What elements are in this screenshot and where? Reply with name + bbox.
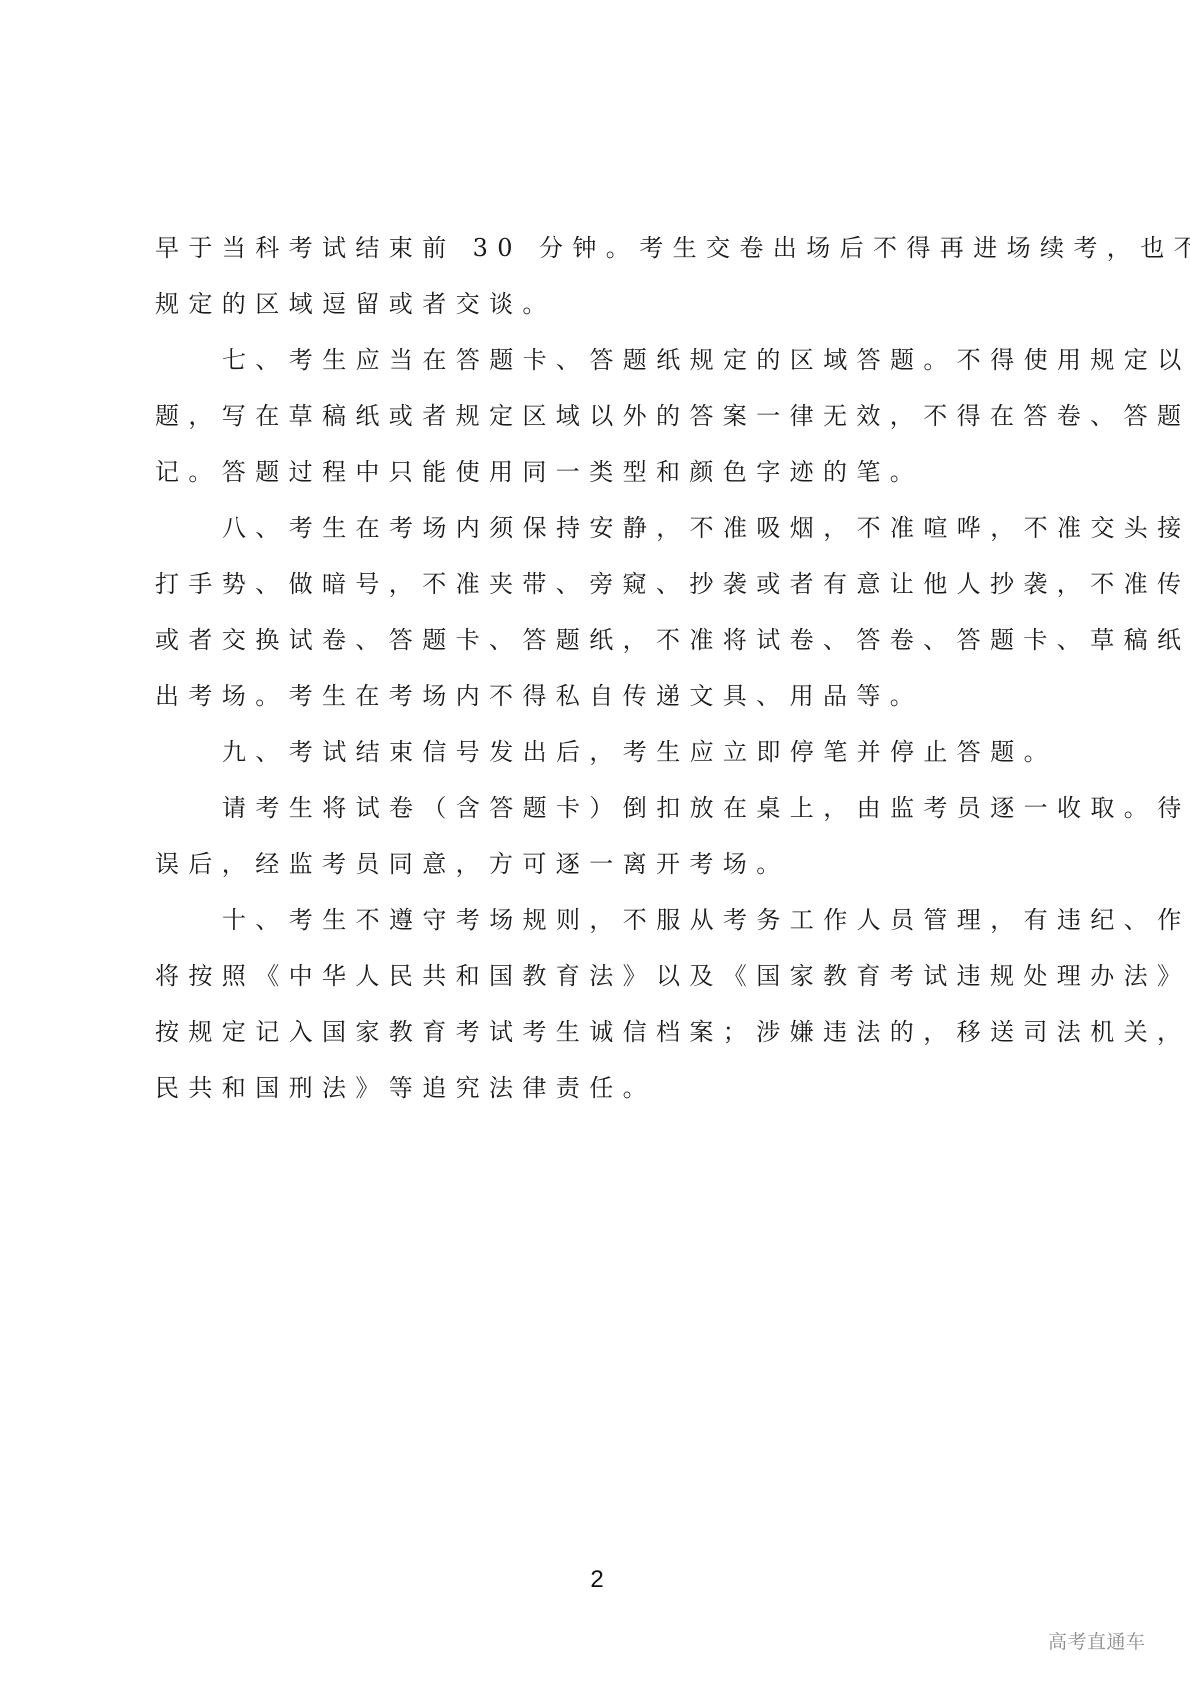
text-line: 将按照《中华人民共和国教育法》以及《国家教育考试违规处理办法》进行处理，并 — [155, 948, 1039, 1004]
paragraph-continuation: 早于当科考试结束前 30 分钟。考生交卷出场后不得再进场续考，也不得在考试机构 … — [155, 220, 1039, 332]
paragraph-rule-9: 九、考试结束信号发出后，考生应立即停笔并停止答题。 — [155, 724, 1039, 780]
text-line: 误后，经监考员同意，方可逐一离开考场。 — [155, 836, 1039, 892]
text-line: 打手势、做暗号，不准夹带、旁窥、抄袭或者有意让他人抄袭，不准传抄试题、答案 — [155, 556, 1039, 612]
paragraph-rule-9-cont: 请考生将试卷（含答题卡）倒扣放在桌上，由监考员逐一收取。待监考员核对无 误后，经… — [155, 780, 1039, 892]
text-line: 八、考生在考场内须保持安静，不准吸烟，不准喧哗，不准交头接耳、左顾右盼、 — [155, 500, 1039, 556]
text-line: 早于当科考试结束前 30 分钟。考生交卷出场后不得再进场续考，也不得在考试机构 — [155, 220, 1039, 276]
page-number: 2 — [0, 1564, 1190, 1596]
document-body: 早于当科考试结束前 30 分钟。考生交卷出场后不得再进场续考，也不得在考试机构 … — [155, 220, 1039, 1116]
text-line: 规定的区域逗留或者交谈。 — [155, 276, 1039, 332]
document-page: 早于当科考试结束前 30 分钟。考生交卷出场后不得再进场续考，也不得在考试机构 … — [0, 0, 1190, 1683]
text-line: 或者交换试卷、答题卡、答题纸，不准将试卷、答卷、答题卡、草稿纸故意损毁或带 — [155, 612, 1039, 668]
text-line: 题，写在草稿纸或者规定区域以外的答案一律无效，不得在答卷、答题卡上做任何标 — [155, 388, 1039, 444]
text-line: 十、考生不遵守考场规则，不服从考务工作人员管理，有违纪、作弊等行为的， — [155, 892, 1039, 948]
text-line: 九、考试结束信号发出后，考生应立即停笔并停止答题。 — [155, 724, 1039, 780]
text-line: 记。答题过程中只能使用同一类型和颜色字迹的笔。 — [155, 444, 1039, 500]
text-line: 七、考生应当在答题卡、答题纸规定的区域答题。不得使用规定以外的笔和纸答 — [155, 332, 1039, 388]
text-line: 请考生将试卷（含答题卡）倒扣放在桌上，由监考员逐一收取。待监考员核对无 — [155, 780, 1039, 836]
paragraph-rule-10: 十、考生不遵守考场规则，不服从考务工作人员管理，有违纪、作弊等行为的， 将按照《… — [155, 892, 1039, 1116]
text-line: 出考场。考生在考场内不得私自传递文具、用品等。 — [155, 668, 1039, 724]
text-line: 按规定记入国家教育考试考生诚信档案；涉嫌违法的，移送司法机关，依照《中华人 — [155, 1004, 1039, 1060]
text-line: 民共和国刑法》等追究法律责任。 — [155, 1060, 1039, 1116]
watermark-text: 高考直通车 — [1048, 1628, 1146, 1656]
paragraph-rule-7: 七、考生应当在答题卡、答题纸规定的区域答题。不得使用规定以外的笔和纸答 题，写在… — [155, 332, 1039, 500]
paragraph-rule-8: 八、考生在考场内须保持安静，不准吸烟，不准喧哗，不准交头接耳、左顾右盼、 打手势… — [155, 500, 1039, 724]
